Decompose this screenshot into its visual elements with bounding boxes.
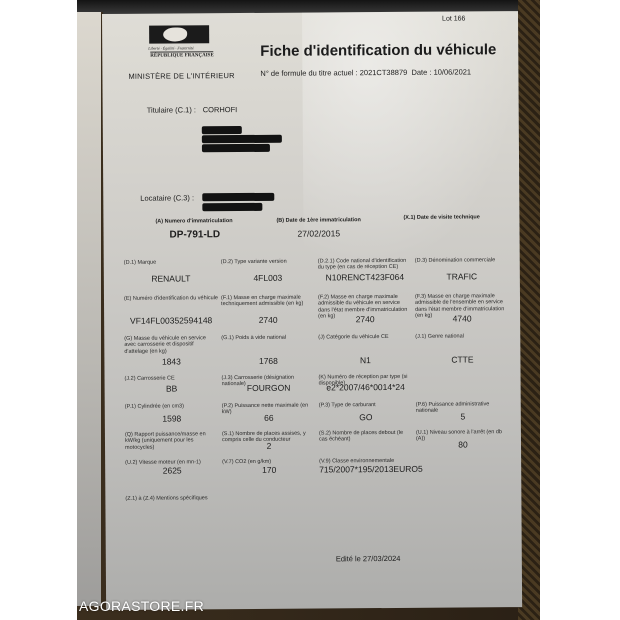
redacted-address-line xyxy=(202,135,282,144)
field-label: (G.1) Poids à vide national xyxy=(221,335,315,342)
field-value: 5 xyxy=(416,411,510,422)
field-label-text: (D.1) Marque xyxy=(124,259,218,266)
field-label: (F.1) Masse en charge maximale technique… xyxy=(221,295,315,308)
field-label: (D.2.1) Code national d'identification d… xyxy=(318,258,412,271)
formule-line: N° de formule du titre actuel : 2021CT38… xyxy=(260,67,471,77)
vehicle-fields-grid: (D.1) MarqueRENAULT(D.2) Type variante v… xyxy=(124,257,514,260)
field-label-text: (D.3) Dénomination commerciale xyxy=(415,257,509,264)
field-value: 1843 xyxy=(124,356,218,367)
registration-number: DP-791-LD xyxy=(170,229,221,240)
field-label-text: (Q) Rapport puissance/masse en kW/kg (un… xyxy=(125,431,219,451)
titulaire-label: Titulaire (C.1) : xyxy=(147,105,196,114)
field-label: (E) Numéro d'identification du véhicule xyxy=(124,295,218,302)
field-value: N1 xyxy=(318,355,412,366)
field-label-text: (P.3) Type de carburant xyxy=(319,402,413,409)
field-value: 170 xyxy=(222,465,316,476)
field-value: N10RENCT423F064 xyxy=(318,272,412,283)
technical-inspection-label: (X.1) Date de visite technique xyxy=(403,214,479,221)
field-label: (D.1) Marque xyxy=(124,259,218,266)
document-photo: Liberté · Égalité · Fraternité RÉPUBLIQU… xyxy=(77,0,540,620)
field-value: 66 xyxy=(222,413,316,424)
field-label-text: (Z.1) à (Z.4) Mentions spécifiques xyxy=(125,495,219,502)
field-label-text: (D.2) Type variante version xyxy=(221,259,315,266)
field-label-text: (J.1) Genre national xyxy=(415,333,509,340)
field-label-text: (J.2) Carrosserie CE xyxy=(125,375,219,382)
redacted-locataire-line xyxy=(202,193,274,202)
field-label-text: (F.1) Masse en charge maximale technique… xyxy=(221,295,315,308)
field-label: (J.1) Genre national xyxy=(415,333,509,340)
formule-label: N° de formule du titre actuel : xyxy=(260,68,357,78)
republic-motto: Liberté · Égalité · Fraternité xyxy=(148,45,194,50)
first-registration-label: (B) Date de 1ère immatriculation xyxy=(276,217,360,224)
underlying-sheet xyxy=(77,12,103,606)
formule-value: 2021CT38879 xyxy=(360,68,408,77)
registration-number-label: (A) Numero d'immatriculation xyxy=(155,218,232,225)
field-value: 2740 xyxy=(318,314,412,325)
republique-francaise: RÉPUBLIQUE FRANÇAISE xyxy=(150,51,214,58)
field-value: TRAFIC xyxy=(415,271,509,282)
field-label-text: (G) Masse du véhicule en service avec ca… xyxy=(124,335,218,355)
field-value: 715/2007*195/2013EURO5 xyxy=(319,464,413,475)
lot-number: Lot 166 xyxy=(442,15,465,22)
field-value: 80 xyxy=(416,439,510,450)
field-label-text: (P.1) Cylindrée (en cm3) xyxy=(125,403,219,410)
field-label: (P.1) Cylindrée (en cm3) xyxy=(125,403,219,410)
redacted-locataire-line xyxy=(202,203,262,211)
date-value: 10/06/2021 xyxy=(434,67,472,76)
field-value: VF14FL00352594148 xyxy=(124,315,218,326)
field-value: 2 xyxy=(222,441,316,452)
edition-date: Edité le 27/03/2024 xyxy=(336,554,401,563)
field-value: 4FL003 xyxy=(221,273,315,284)
locataire-label: Locataire (C.3) : xyxy=(140,193,194,202)
field-value: 4740 xyxy=(415,313,509,324)
titulaire-value: CORHOFI xyxy=(203,105,238,114)
field-label-text: (S.2) Nombre de places debout (le cas éc… xyxy=(319,430,413,443)
field-value: CTTE xyxy=(415,354,509,365)
field-label: (P.3) Type de carburant xyxy=(319,402,413,409)
field-label: (D.3) Dénomination commerciale xyxy=(415,257,509,264)
field-label: (G) Masse du véhicule en service avec ca… xyxy=(124,335,218,355)
field-label: (J) Catégorie du véhicule CE xyxy=(318,334,412,341)
field-label-text: (D.2.1) Code national d'identification d… xyxy=(318,258,412,271)
redacted-address-line xyxy=(202,126,242,134)
page-title: Fiche d'identification du véhicule xyxy=(260,41,496,60)
field-label-text: (J) Catégorie du véhicule CE xyxy=(318,334,412,341)
field-value: 1598 xyxy=(125,413,219,424)
marianne-logo-icon xyxy=(149,25,209,43)
field-label: (S.2) Nombre de places debout (le cas éc… xyxy=(319,430,413,443)
field-label: (J.2) Carrosserie CE xyxy=(125,375,219,382)
field-label: (Q) Rapport puissance/masse en kW/kg (un… xyxy=(125,431,219,451)
field-value: RENAULT xyxy=(124,273,218,284)
field-label: (Z.1) à (Z.4) Mentions spécifiques xyxy=(125,495,219,502)
field-value: BB xyxy=(125,383,219,394)
field-label-text: (G.1) Poids à vide national xyxy=(221,335,315,342)
field-label-text: (E) Numéro d'identification du véhicule xyxy=(124,295,218,302)
first-registration-date: 27/02/2015 xyxy=(298,228,341,238)
redacted-address-line xyxy=(202,144,270,152)
ministry-name: MINISTÈRE DE L'INTÉRIEUR xyxy=(128,71,234,81)
field-label: (D.2) Type variante version xyxy=(221,259,315,266)
field-value: GO xyxy=(319,412,413,423)
watermark: AGORASTORE.FR xyxy=(79,598,204,614)
field-value: 2625 xyxy=(125,465,219,476)
field-value: 2740 xyxy=(221,315,315,326)
field-value: 1768 xyxy=(221,356,315,367)
date-label: Date : xyxy=(411,68,431,77)
field-value: FOURGON xyxy=(222,383,316,394)
vehicle-identification-sheet: Liberté · Égalité · Fraternité RÉPUBLIQU… xyxy=(102,11,522,610)
field-value: e2*2007/46*0014*24 xyxy=(319,382,413,393)
